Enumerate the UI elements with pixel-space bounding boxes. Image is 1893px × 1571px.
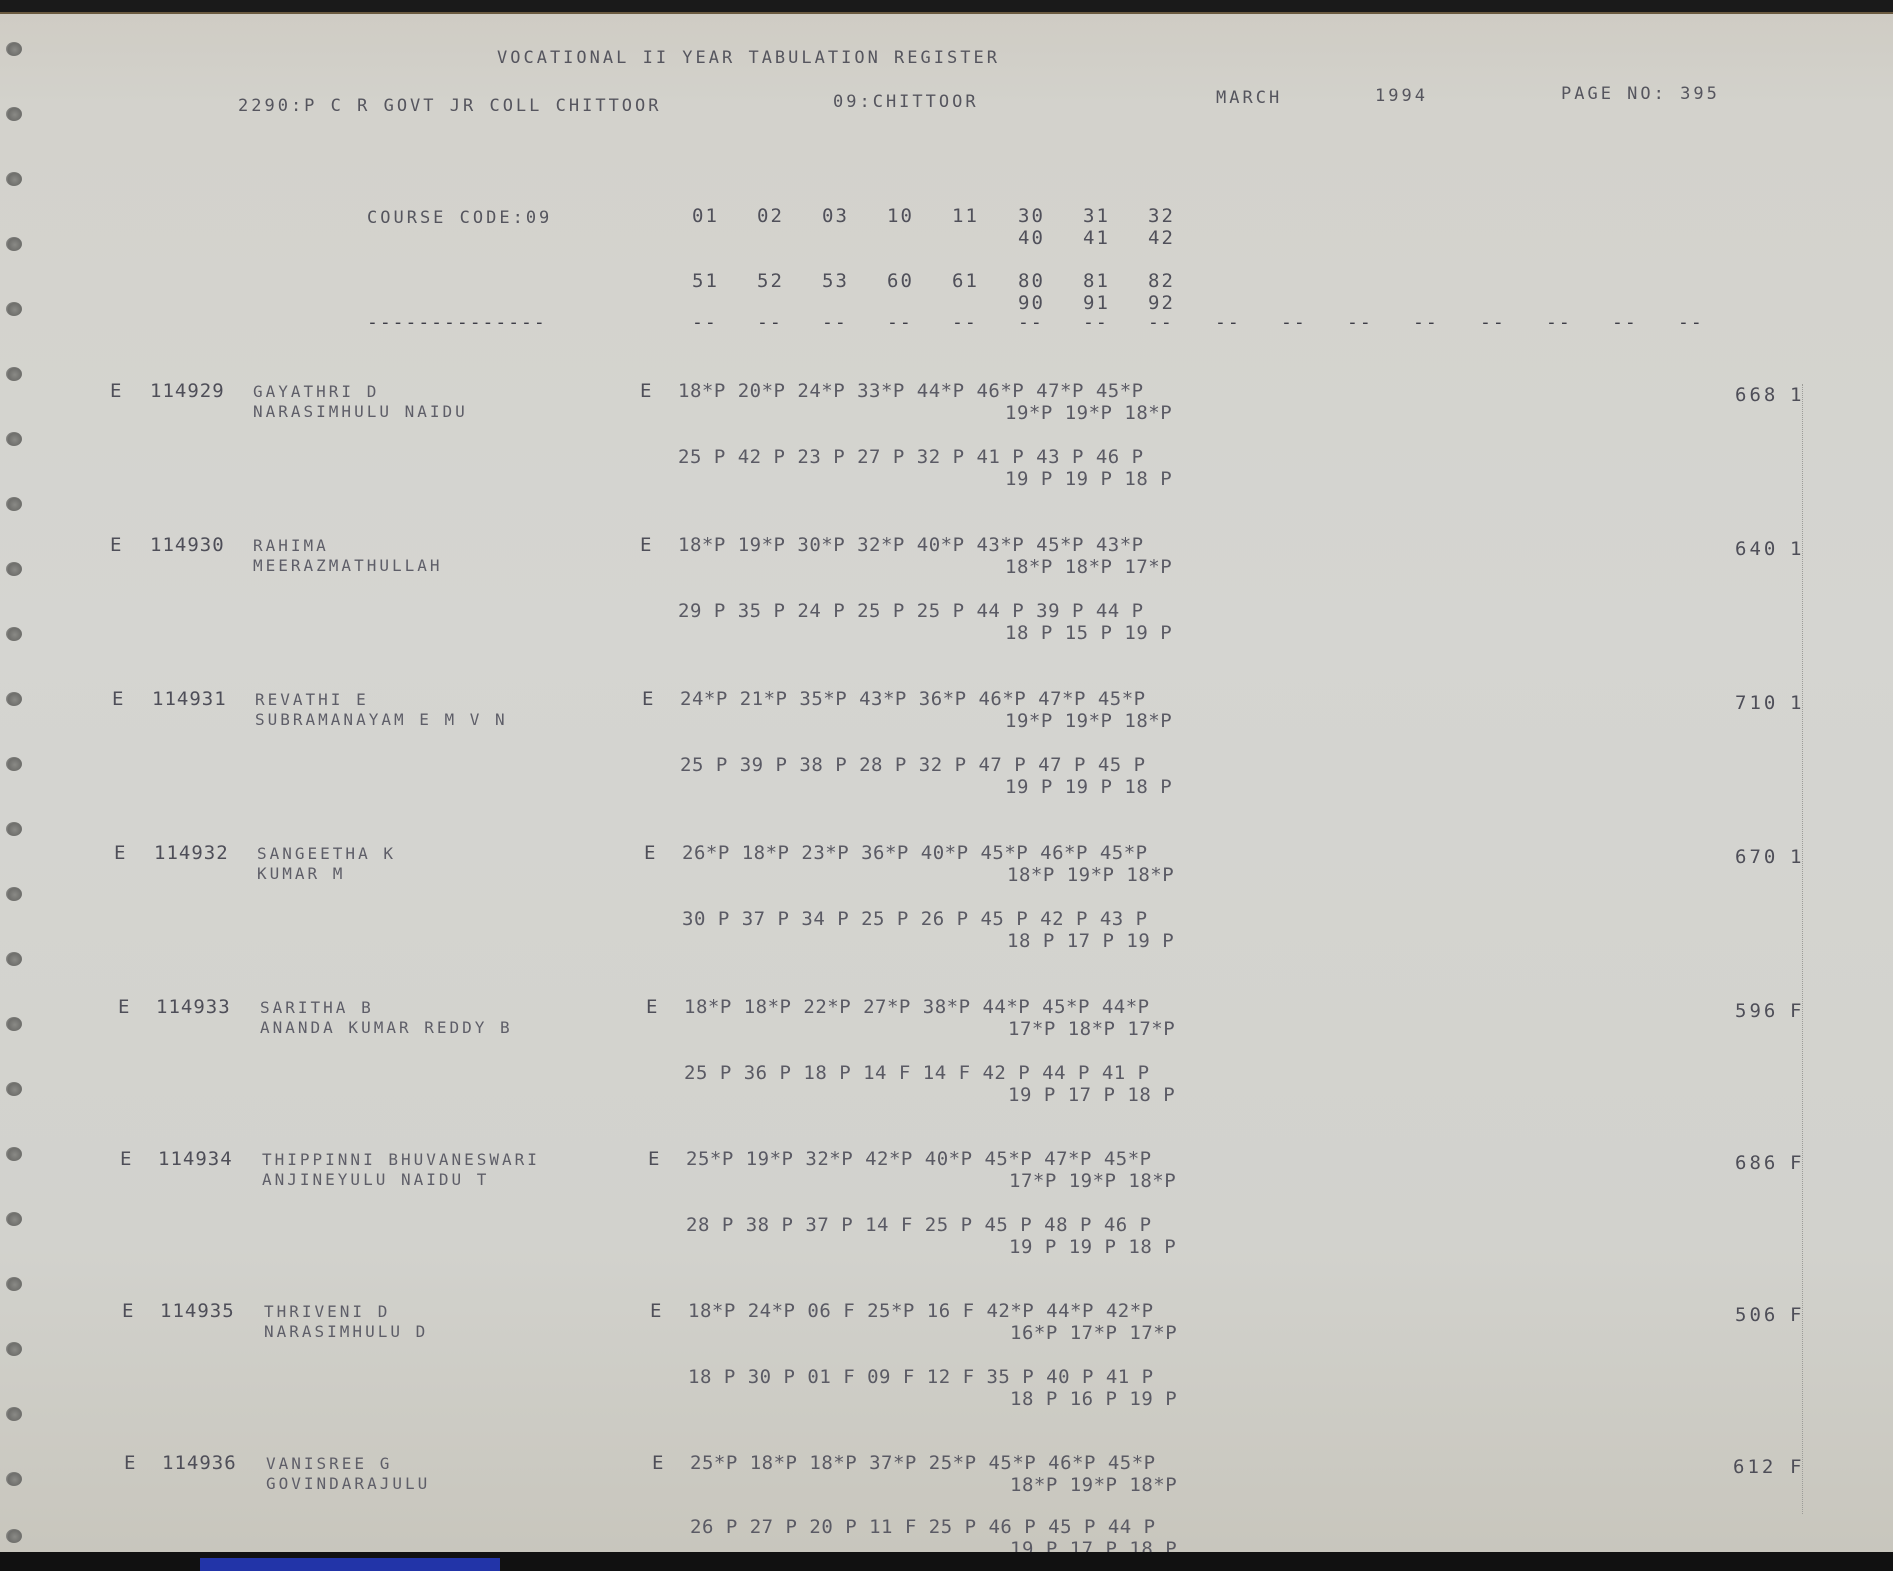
student-record: E 114930 RAHIMA MEERAZMATHULLAH E 18*P 1…	[0, 536, 1893, 656]
subject-code: 30	[1018, 207, 1045, 226]
roll-number: 114936	[162, 1454, 237, 1473]
punch-hole-icon	[6, 367, 22, 381]
marks-year1-extra: 19*P 19*P 18*P	[1005, 712, 1172, 731]
exam-year: 1994	[1375, 88, 1428, 105]
punch-hole-icon	[6, 237, 22, 251]
marks-year2: 26 P 27 P 20 P 11 F 25 P 46 P 45 P 44 P	[690, 1518, 1156, 1537]
total-marks: 668	[1735, 384, 1778, 406]
subject-code: 82	[1148, 272, 1175, 291]
parent-name: ANJINEYULU NAIDU T	[262, 1172, 489, 1188]
exam-type: E	[640, 536, 652, 555]
medium: E	[112, 690, 124, 709]
district-name: 09:CHITTOOR	[833, 94, 979, 111]
marks-year1-extra: 19*P 19*P 18*P	[1005, 404, 1172, 423]
student-record: E 114931 REVATHI E SUBRAMANAYAM E M V N …	[0, 690, 1893, 810]
punch-hole-icon	[6, 172, 22, 186]
subject-code: 80	[1018, 272, 1045, 291]
college-name: 2290:P C R GOVT JR COLL CHITTOOR	[238, 98, 662, 115]
subject-code: 42	[1148, 229, 1175, 248]
student-name: VANISREE G	[266, 1456, 392, 1472]
dash: --	[1215, 312, 1241, 333]
register-title: VOCATIONAL II YEAR TABULATION REGISTER	[497, 50, 1000, 67]
student-record: E 114932 SANGEETHA K KUMAR M E 26*P 18*P…	[0, 844, 1893, 964]
total-marks: 596	[1735, 1000, 1778, 1022]
dash: --	[1546, 312, 1572, 333]
dash: --	[1678, 312, 1704, 333]
student-record: E 114933 SARITHA B ANANDA KUMAR REDDY B …	[0, 998, 1893, 1118]
marks-year1: 18*P 19*P 30*P 32*P 40*P 43*P 45*P 43*P	[678, 536, 1144, 555]
subject-code: 91	[1083, 294, 1110, 313]
subject-code: 01	[692, 207, 719, 226]
punch-hole-icon	[6, 42, 22, 56]
student-record: E 114936 VANISREE G GOVINDARAJULU E 25*P…	[0, 1454, 1893, 1564]
marks-year2: 25 P 36 P 18 P 14 F 14 F 42 P 44 P 41 P	[684, 1064, 1150, 1083]
dash: --	[692, 312, 718, 333]
result-code: 1	[1790, 538, 1804, 560]
result-code: 1	[1790, 846, 1804, 868]
student-name: SARITHA B	[260, 1000, 374, 1016]
parent-name: SUBRAMANAYAM E M V N	[255, 712, 508, 728]
dash: --	[1413, 312, 1439, 333]
total-marks: 686	[1735, 1152, 1778, 1174]
result-code: F	[1790, 1456, 1804, 1478]
exam-type: E	[650, 1302, 662, 1321]
dash: --	[1612, 312, 1638, 333]
result-code: F	[1790, 1304, 1804, 1326]
dash: --	[1083, 312, 1109, 333]
parent-name: NARASIMHULU D	[264, 1324, 428, 1340]
medium: E	[110, 536, 122, 555]
punch-hole-icon	[6, 822, 22, 836]
student-name: THIPPINNI BHUVANESWARI	[262, 1152, 540, 1168]
student-record: E 114934 THIPPINNI BHUVANESWARI ANJINEYU…	[0, 1150, 1893, 1270]
marks-year1: 25*P 19*P 32*P 42*P 40*P 45*P 47*P 45*P	[686, 1150, 1152, 1169]
student-name: GAYATHRI D	[253, 384, 379, 400]
parent-name: ANANDA KUMAR REDDY B	[260, 1020, 513, 1036]
dash: --	[1281, 312, 1307, 333]
dash: --	[1480, 312, 1506, 333]
marks-year2-extra: 19 P 19 P 18 P	[1005, 778, 1172, 797]
student-record: E 114929 GAYATHRI D NARASIMHULU NAIDU E …	[0, 382, 1893, 502]
medium: E	[124, 1454, 136, 1473]
marks-year2-extra: 18 P 16 P 19 P	[1010, 1390, 1177, 1409]
subject-code: 02	[757, 207, 784, 226]
subject-code: 41	[1083, 229, 1110, 248]
marks-year2: 25 P 39 P 38 P 28 P 32 P 47 P 47 P 45 P	[680, 756, 1146, 775]
medium: E	[120, 1150, 132, 1169]
marks-year2-extra: 18 P 17 P 19 P	[1007, 932, 1174, 951]
subject-code: 52	[757, 272, 784, 291]
marks-year1: 26*P 18*P 23*P 36*P 40*P 45*P 46*P 45*P	[682, 844, 1148, 863]
result-code: F	[1790, 1000, 1804, 1022]
roll-number: 114930	[150, 536, 225, 555]
marks-year2-extra: 19 P 17 P 18 P	[1008, 1086, 1175, 1105]
punch-hole-icon	[6, 107, 22, 121]
marks-year2: 29 P 35 P 24 P 25 P 25 P 44 P 39 P 44 P	[678, 602, 1144, 621]
parent-name: NARASIMHULU NAIDU	[253, 404, 468, 420]
roll-number: 114932	[154, 844, 229, 863]
subject-code: 32	[1148, 207, 1175, 226]
marks-year1-extra: 18*P 18*P 17*P	[1005, 558, 1172, 577]
marks-year1: 18*P 20*P 24*P 33*P 44*P 46*P 47*P 45*P	[678, 382, 1144, 401]
marks-year2: 18 P 30 P 01 F 09 F 12 F 35 P 40 P 41 P	[688, 1368, 1154, 1387]
subject-code: 90	[1018, 294, 1045, 313]
student-name: RAHIMA	[253, 538, 329, 554]
marks-year1-extra: 17*P 19*P 18*P	[1009, 1172, 1176, 1191]
parent-name: KUMAR M	[257, 866, 345, 882]
total-marks: 612	[1733, 1456, 1776, 1478]
total-marks: 670	[1735, 846, 1778, 868]
roll-number: 114931	[152, 690, 227, 709]
total-marks: 640	[1735, 538, 1778, 560]
dash: --	[1148, 312, 1174, 333]
subject-code: 31	[1083, 207, 1110, 226]
medium: E	[122, 1302, 134, 1321]
page-number: PAGE NO: 395	[1561, 86, 1720, 103]
marks-year1: 18*P 24*P 06 F 25*P 16 F 42*P 44*P 42*P	[688, 1302, 1154, 1321]
medium: E	[118, 998, 130, 1017]
marks-year1-extra: 18*P 19*P 18*P	[1007, 866, 1174, 885]
background-object	[200, 1558, 500, 1571]
student-name: REVATHI E	[255, 692, 369, 708]
exam-month: MARCH	[1216, 90, 1282, 107]
exam-type: E	[646, 998, 658, 1017]
punch-hole-icon	[6, 302, 22, 316]
subject-code: 11	[952, 207, 979, 226]
subject-code: 03	[822, 207, 849, 226]
marks-year2: 25 P 42 P 23 P 27 P 32 P 41 P 43 P 46 P	[678, 448, 1144, 467]
marks-year1: 24*P 21*P 35*P 43*P 36*P 46*P 47*P 45*P	[680, 690, 1146, 709]
subject-code: 40	[1018, 229, 1045, 248]
dash: --	[822, 312, 848, 333]
subject-code: 92	[1148, 294, 1175, 313]
punch-hole-icon	[6, 1277, 22, 1291]
subject-code: 53	[822, 272, 849, 291]
subject-code: 60	[887, 272, 914, 291]
course-code: COURSE CODE:09	[367, 210, 552, 227]
marks-year2-extra: 18 P 15 P 19 P	[1005, 624, 1172, 643]
marks-year1-extra: 17*P 18*P 17*P	[1008, 1020, 1175, 1039]
roll-number: 114929	[150, 382, 225, 401]
marks-year2-extra: 19 P 19 P 18 P	[1005, 470, 1172, 489]
exam-type: E	[644, 844, 656, 863]
result-code: F	[1790, 1152, 1804, 1174]
exam-type: E	[648, 1150, 660, 1169]
student-name: SANGEETHA K	[257, 846, 396, 862]
dash: --	[952, 312, 978, 333]
tabulation-register-sheet: VOCATIONAL II YEAR TABULATION REGISTER 2…	[0, 12, 1893, 1554]
marks-year1-extra: 16*P 17*P 17*P	[1010, 1324, 1177, 1343]
dash: --	[757, 312, 783, 333]
dash: --	[887, 312, 913, 333]
medium: E	[110, 382, 122, 401]
exam-type: E	[642, 690, 654, 709]
marks-year2: 28 P 38 P 37 P 14 F 25 P 45 P 48 P 46 P	[686, 1216, 1152, 1235]
student-record: E 114935 THRIVENI D NARASIMHULU D E 18*P…	[0, 1302, 1893, 1422]
exam-type: E	[640, 382, 652, 401]
parent-name: GOVINDARAJULU	[266, 1476, 430, 1492]
marks-year1: 18*P 18*P 22*P 27*P 38*P 44*P 45*P 44*P	[684, 998, 1150, 1017]
roll-number: 114934	[158, 1150, 233, 1169]
total-marks: 506	[1735, 1304, 1778, 1326]
dash: --	[1018, 312, 1044, 333]
student-name: THRIVENI D	[264, 1304, 390, 1320]
exam-type: E	[652, 1454, 664, 1473]
marks-year1-extra: 18*P 19*P 18*P	[1010, 1476, 1177, 1495]
dash: --	[1347, 312, 1373, 333]
marks-year2: 30 P 37 P 34 P 25 P 26 P 45 P 42 P 43 P	[682, 910, 1148, 929]
parent-name: MEERAZMATHULLAH	[253, 558, 443, 574]
subject-code: 51	[692, 272, 719, 291]
result-code: 1	[1790, 692, 1804, 714]
subject-code: 10	[887, 207, 914, 226]
subject-code: 81	[1083, 272, 1110, 291]
course-code-underline: --------------	[367, 312, 547, 333]
roll-number: 114933	[156, 998, 231, 1017]
marks-year1: 25*P 18*P 18*P 37*P 25*P 45*P 46*P 45*P	[690, 1454, 1156, 1473]
marks-year2-extra: 19 P 19 P 18 P	[1009, 1238, 1176, 1257]
total-marks: 710	[1735, 692, 1778, 714]
result-code: 1	[1790, 384, 1804, 406]
subject-code: 61	[952, 272, 979, 291]
medium: E	[114, 844, 126, 863]
roll-number: 114935	[160, 1302, 235, 1321]
